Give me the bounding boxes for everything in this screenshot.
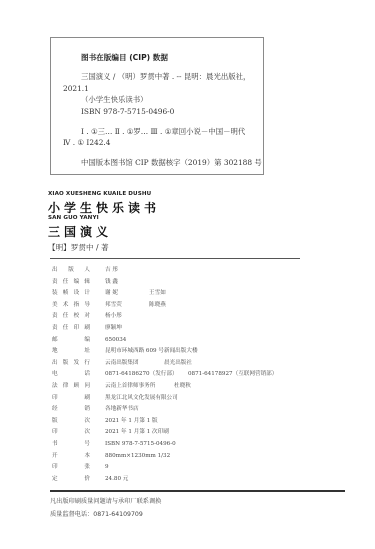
info-label-char: 发 (74, 357, 80, 369)
info-label-char: 任 (63, 322, 69, 334)
info-label-char: 刷 (84, 392, 90, 404)
info-label-char: 定 (52, 473, 58, 485)
series-pinyin: XIAO XUESHENG KUAILE DUSHU (48, 191, 151, 197)
info-value: 吉 彤 (105, 264, 118, 276)
info-value: 9 (105, 461, 109, 473)
info-label-char: 印 (74, 322, 80, 334)
info-label-char: 编 (84, 334, 90, 346)
info-label: 印次 (52, 426, 90, 438)
info-label-char: 责 (52, 310, 58, 322)
cip-line-record: 中国版本图书馆 CIP 数据核字（2019）第 302188 号 (81, 157, 262, 168)
info-label-char: 印 (52, 461, 58, 473)
info-label-char: 人 (84, 264, 90, 276)
info-value: 廖颖坤 (105, 322, 122, 334)
book-title: 三国演义 (48, 223, 112, 240)
info-label: 书号 (52, 438, 90, 450)
info-label-char: 任 (63, 310, 69, 322)
info-label-char: 销 (84, 403, 90, 415)
book-pinyin: SAN GUO YANYI (48, 215, 99, 221)
info-label-char: 版 (63, 357, 69, 369)
info-label-char: 美 (52, 299, 58, 311)
info-label-char: 帧 (63, 287, 69, 299)
footer-quality-phone: 质量监督电话：0871-64109709 (50, 509, 143, 518)
info-label-char: 律 (63, 380, 69, 392)
divider-bottom (50, 490, 345, 492)
info-label-char: 张 (84, 461, 90, 473)
info-value: 650034 (105, 334, 126, 346)
info-label-char: 导 (84, 299, 90, 311)
info-label-char: 地 (52, 345, 58, 357)
info-label-char: 术 (63, 299, 69, 311)
info-label-char: 址 (84, 345, 90, 357)
info-label-char: 印 (52, 392, 58, 404)
info-label-char: 任 (63, 276, 69, 288)
info-value: 黑龙江北风文化发展有限公司 (105, 392, 178, 404)
info-label-char: 邮 (52, 334, 58, 346)
info-label-char: 印 (52, 426, 58, 438)
cip-line-isbn: ISBN 978-7-5715-0496-0 (81, 106, 174, 117)
info-label-char: 次 (84, 415, 90, 427)
author: 【明】罗贯中 / 著 (48, 242, 109, 253)
info-label-char: 校 (74, 310, 80, 322)
info-value: 0871-64186270（发行部） (105, 368, 178, 380)
info-value: 钱 鑫 (105, 276, 118, 288)
cip-line-year: 2021.1 (63, 83, 89, 94)
info-value-secondary: 杜晓秋 (174, 380, 191, 392)
info-label-char: 指 (74, 299, 80, 311)
info-label-char: 价 (84, 473, 90, 485)
info-label-char: 责 (52, 322, 58, 334)
info-label: 开本 (52, 450, 90, 462)
info-value: 880mm×1230mm 1/32 (105, 450, 170, 462)
info-value-secondary: 王雪如 (149, 287, 166, 299)
info-value-secondary: 晨光出版社 (164, 357, 192, 369)
info-value-secondary: 陈晓燕 (149, 299, 166, 311)
footer-quality-note: 凡出版印刷质量问题请与承印厂联系调换 (50, 496, 161, 505)
info-label-char: 版 (52, 415, 58, 427)
cip-line-classification: Ⅰ . ①三… Ⅱ . ①罗… Ⅲ . ①章回小说－中国－明代 (81, 126, 245, 137)
info-value: 各地新华书店 (105, 403, 139, 415)
info-label-char: 本 (84, 450, 90, 462)
cip-line-class-number: Ⅳ . ① I242.4 (63, 137, 110, 148)
info-label: 出版发行 (52, 357, 90, 369)
info-label-char: 对 (84, 310, 90, 322)
info-label: 印张 (52, 461, 90, 473)
info-label-char: 话 (84, 368, 90, 380)
info-label: 定价 (52, 473, 90, 485)
info-label-char: 法 (52, 380, 58, 392)
info-label-char: 版 (68, 264, 74, 276)
info-label: 装帧设计 (52, 287, 90, 299)
info-label-char: 设 (74, 287, 80, 299)
info-label: 印刷 (52, 392, 90, 404)
info-label: 责任校对 (52, 310, 90, 322)
info-value: ISBN 978-7-5715-0496-0 (105, 438, 176, 450)
info-value: 杨小彤 (105, 310, 122, 322)
info-label: 经销 (52, 403, 90, 415)
info-value: 2021 年 1 月第 1 版 (105, 415, 158, 427)
series-title: 小学生快乐读书 (48, 199, 160, 216)
info-label: 邮编 (52, 334, 90, 346)
info-label-char: 次 (84, 426, 90, 438)
info-value: 云南上首律师事务所 (105, 380, 155, 392)
info-label: 美术指导 (52, 299, 90, 311)
info-label-char: 问 (84, 380, 90, 392)
info-value-secondary: 0871-64178927（互联网营销部） (188, 368, 277, 380)
info-label-char: 刷 (84, 322, 90, 334)
info-label: 电话 (52, 368, 90, 380)
info-value: 昆明市环城西路 609 号新闻出版大楼 (105, 345, 198, 357)
info-label: 出版人 (52, 264, 90, 276)
info-label-char: 编 (74, 276, 80, 288)
cip-title: 图书在版编目 (CIP) 数据 (81, 52, 168, 63)
info-label: 责任编辑 (52, 276, 90, 288)
cip-line-series: （小学生快乐读书） (81, 94, 148, 105)
divider-top (50, 258, 300, 259)
info-label-char: 行 (84, 357, 90, 369)
info-label-char: 顾 (74, 380, 80, 392)
info-label: 法律顾问 (52, 380, 90, 392)
cip-line-title: 三国演义 / （明）罗贯中著 . -- 昆明：晨光出版社， (81, 71, 250, 82)
info-value: 24.80 元 (105, 473, 128, 485)
info-label-char: 电 (52, 368, 58, 380)
info-label-char: 辑 (84, 276, 90, 288)
info-value: 邦雪荧 (105, 299, 122, 311)
cip-data-box: 图书在版编目 (CIP) 数据 三国演义 / （明）罗贯中著 . -- 昆明：晨… (50, 37, 264, 175)
info-label-char: 责 (52, 276, 58, 288)
info-label: 地址 (52, 345, 90, 357)
info-label-char: 装 (52, 287, 58, 299)
info-value: 2021 年 1 月第 1 次印刷 (105, 426, 169, 438)
info-label-char: 出 (52, 264, 58, 276)
info-value: 云南出版集团 (105, 357, 139, 369)
info-label: 责任印刷 (52, 322, 90, 334)
info-label-char: 书 (52, 438, 58, 450)
info-label-char: 计 (84, 287, 90, 299)
info-label-char: 号 (84, 438, 90, 450)
info-label-char: 经 (52, 403, 58, 415)
info-label-char: 出 (52, 357, 58, 369)
info-value: 谢 妮 (105, 287, 118, 299)
info-label-char: 开 (52, 450, 58, 462)
info-label: 版次 (52, 415, 90, 427)
